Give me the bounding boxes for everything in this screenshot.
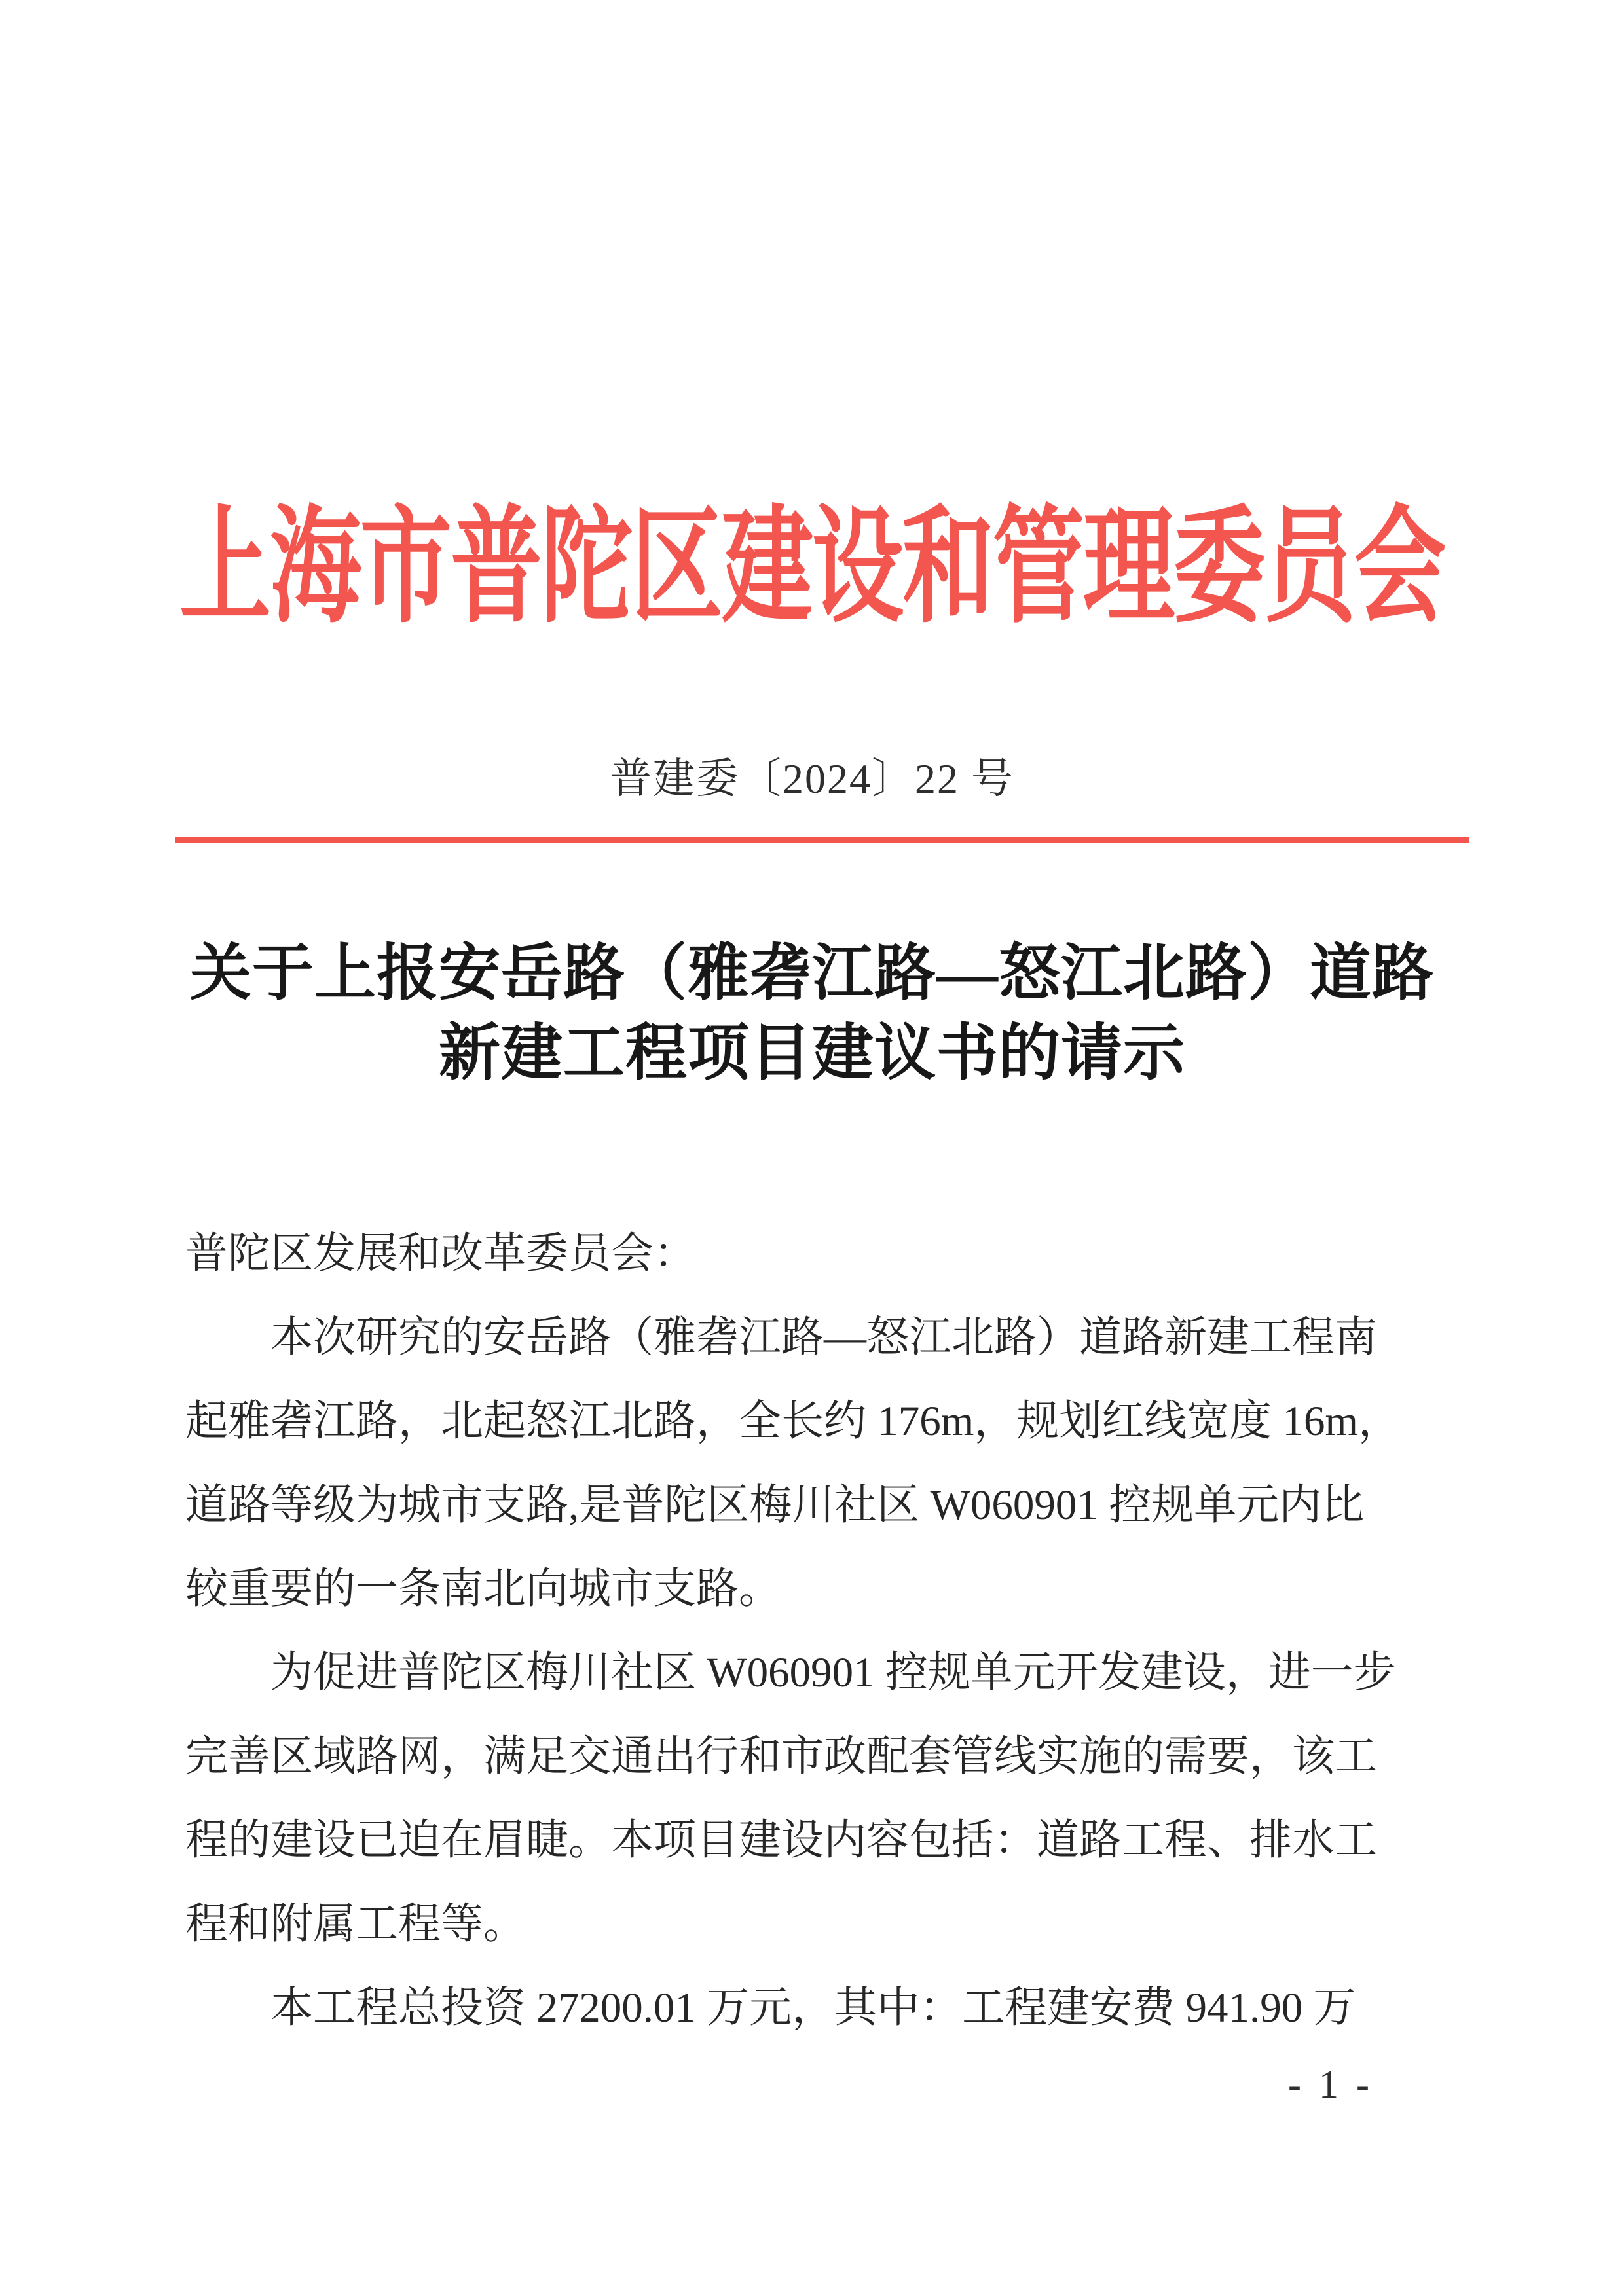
- doc-number: 普建委〔2024〕22 号: [0, 754, 1624, 804]
- paragraph-1-line-2: 起雅砻江路，北起怒江北路，全长约 176m，规划红线宽度 16m，: [185, 1379, 1440, 1463]
- doc-title-line-1: 关于上报安岳路（雅砻江路—怒江北路）道路: [0, 934, 1624, 1013]
- paragraph-2-line-2: 完善区域路网，满足交通出行和市政配套管线实施的需要，该工: [185, 1715, 1440, 1798]
- page-number: - 1 -: [1288, 2061, 1373, 2108]
- salutation: 普陀区发展和改革委员会：: [185, 1212, 1440, 1296]
- paragraph-2-line-1: 为促进普陀区梅川社区 W060901 控规单元开发建设，进一步: [185, 1631, 1440, 1715]
- red-divider-line: [175, 837, 1469, 843]
- paragraph-1-line-3: 道路等级为城市支路,是普陀区梅川社区 W060901 控规单元内比: [185, 1463, 1440, 1547]
- doc-body: 普陀区发展和改革委员会： 本次研究的安岳路（雅砻江路—怒江北路）道路新建工程南 …: [185, 1212, 1440, 2050]
- paragraph-1-line-4: 较重要的一条南北向城市支路。: [185, 1547, 1440, 1631]
- letterhead-org-name: 上海市普陀区建设和管理委员会: [0, 505, 1624, 632]
- paragraph-2-line-4: 程和附属工程等。: [185, 1882, 1440, 1966]
- paragraph-1-line-1: 本次研究的安岳路（雅砻江路—怒江北路）道路新建工程南: [185, 1296, 1440, 1379]
- paragraph-3-line-1: 本工程总投资 27200.01 万元，其中：工程建安费 941.90 万: [185, 1966, 1440, 2050]
- doc-title: 关于上报安岳路（雅砻江路—怒江北路）道路 新建工程项目建议书的请示: [0, 934, 1624, 1093]
- document-page: 上海市普陀区建设和管理委员会 普建委〔2024〕22 号 关于上报安岳路（雅砻江…: [0, 0, 1624, 2296]
- doc-title-line-2: 新建工程项目建议书的请示: [0, 1013, 1624, 1093]
- paragraph-2-line-3: 程的建设已迫在眉睫。本项目建设内容包括：道路工程、排水工: [185, 1798, 1440, 1882]
